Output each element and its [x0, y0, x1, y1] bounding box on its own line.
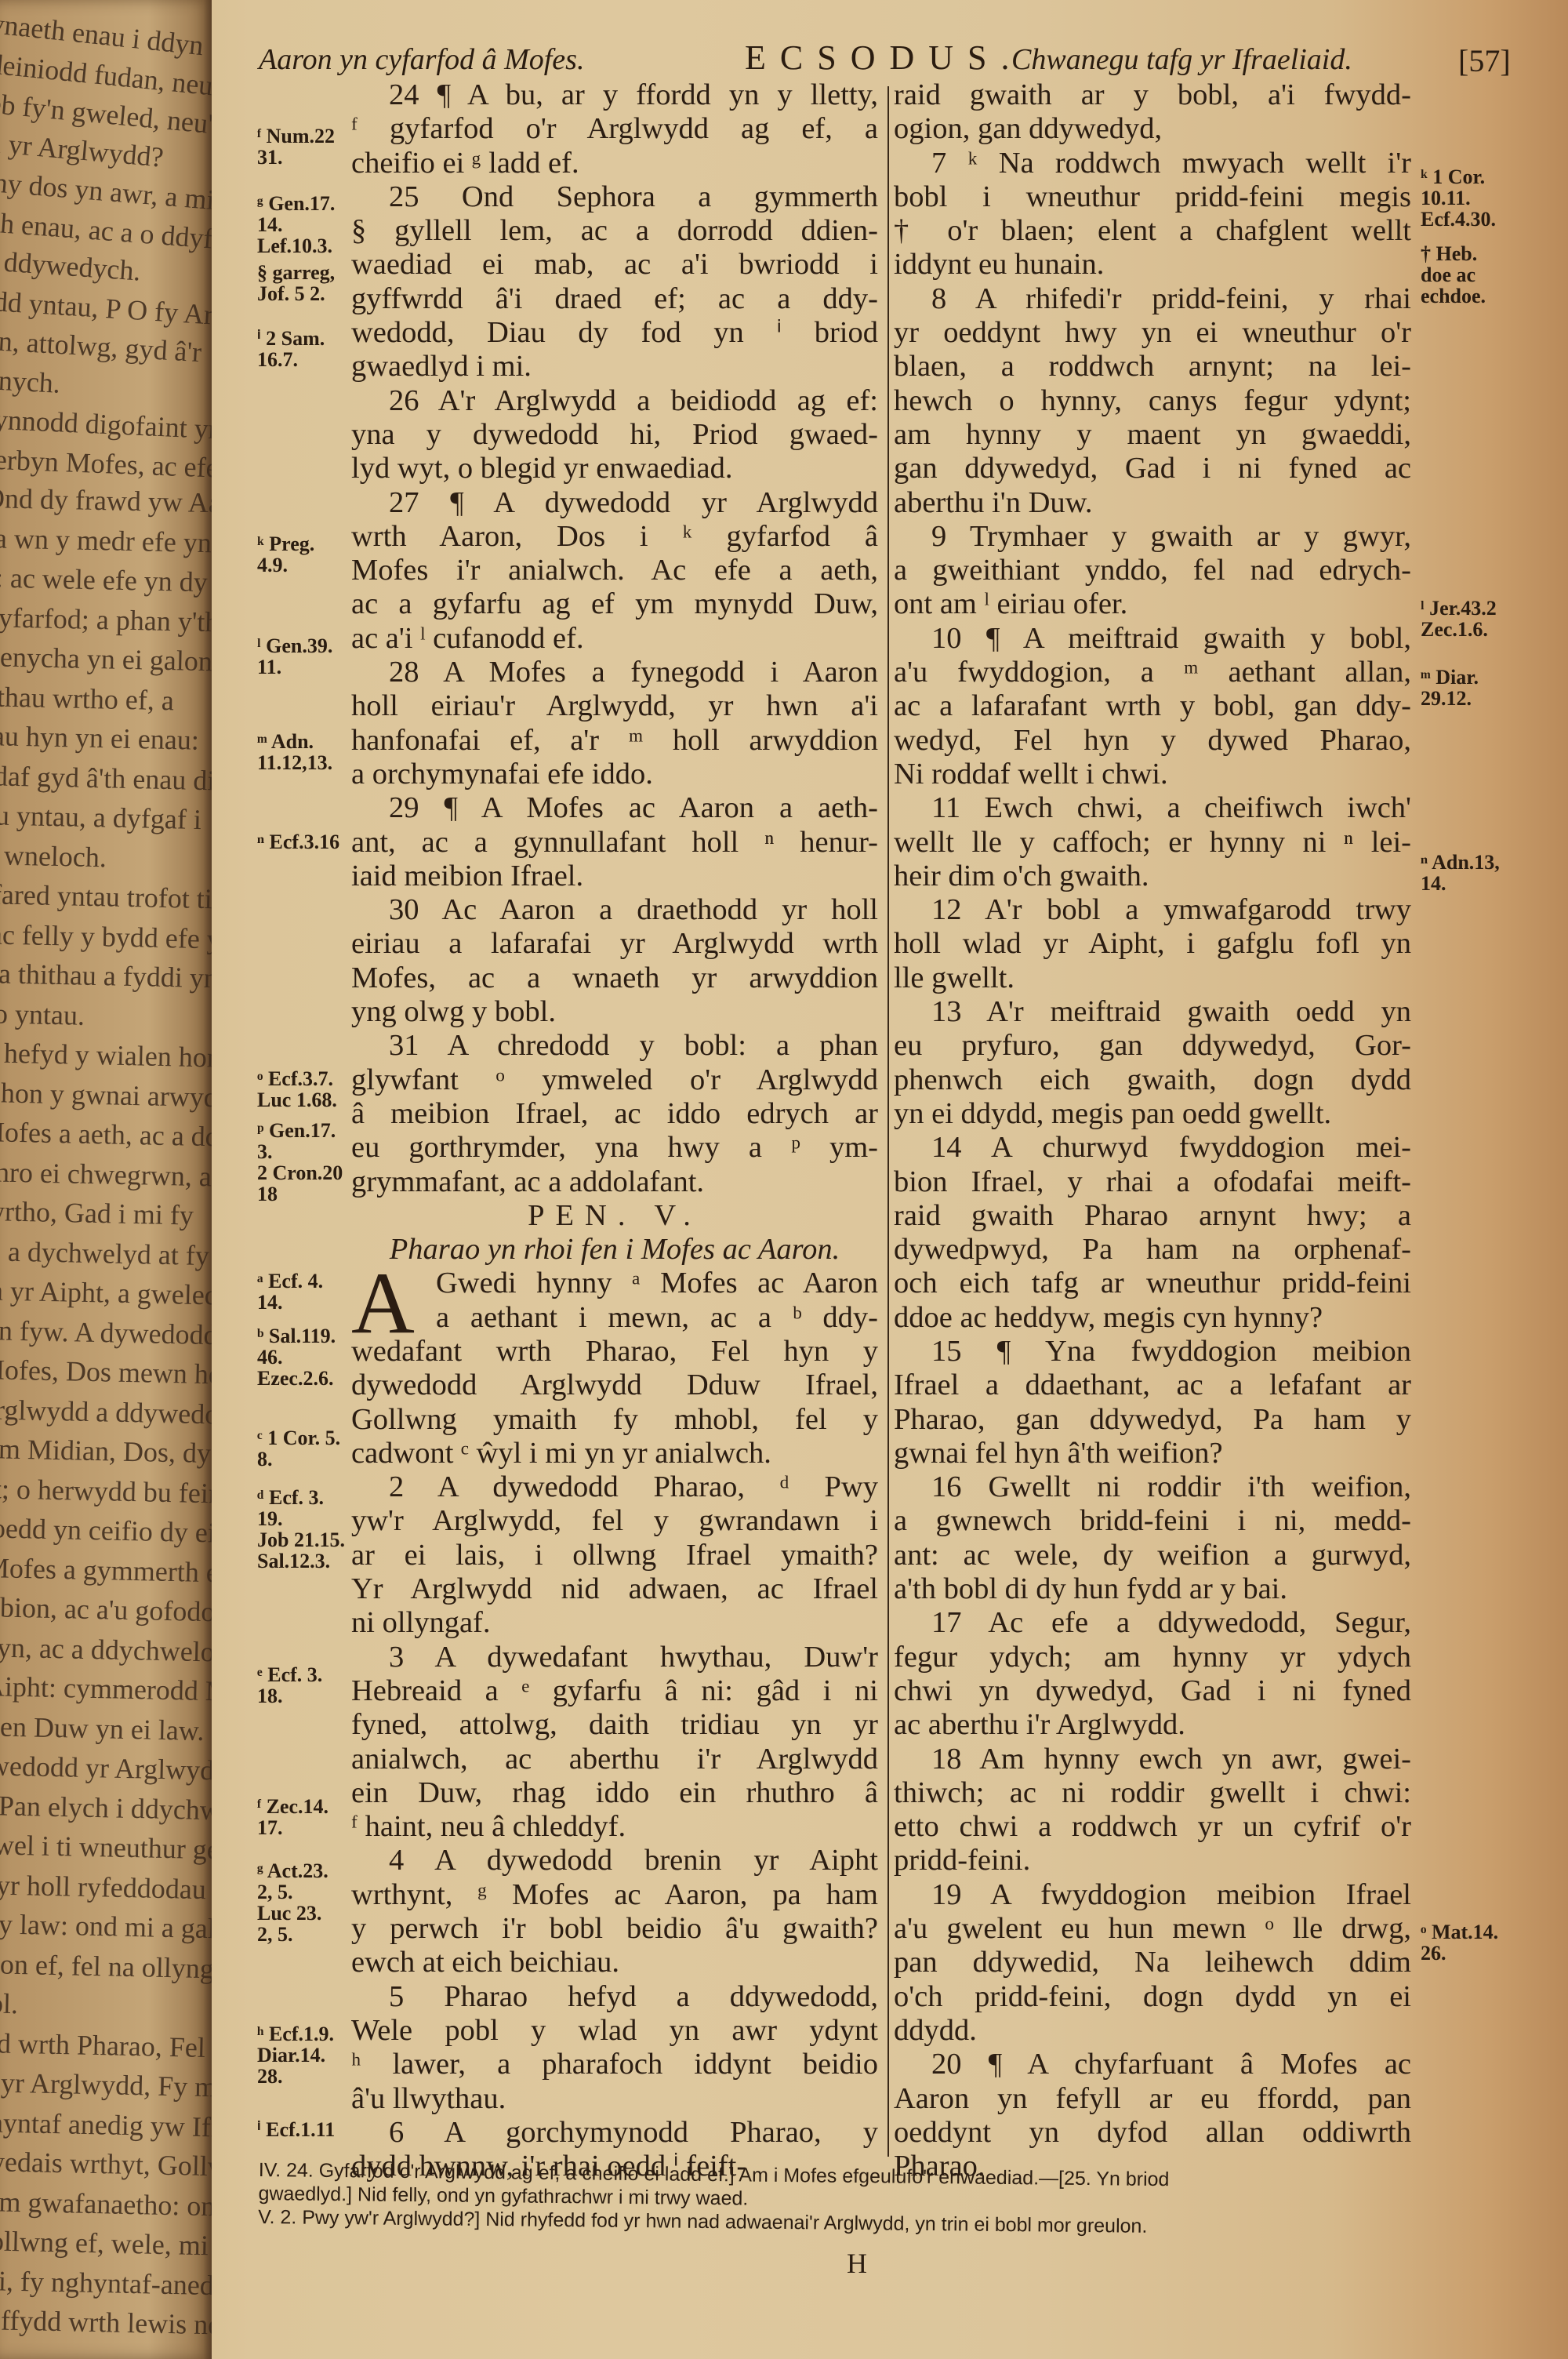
text-line: raid gwaith ar y bobl, a'i fwydd- [894, 78, 1411, 112]
text-line: ac a lafarafant wrth y bobl, gan ddy- [894, 689, 1411, 723]
facing-page-line: a erbyn Mofes, ac efe a [0, 442, 212, 485]
facing-page-line: w: ac wele efe yn dy [0, 561, 208, 598]
cross-reference: ᶠ Num.22 31. [257, 125, 351, 168]
text-line: 15 ¶ Yna fwyddogion meibion [894, 1335, 1411, 1369]
facing-page-line: Arglwydd a ddywedodd [0, 1393, 212, 1431]
facing-page-line: yn yr Aipht, a gweled [0, 1274, 212, 1312]
cross-reference: ʰ Ecf.1.9. Diar.14. 28. [257, 2023, 351, 2087]
cross-reference: ᶜ 1 Cor. 5. 8. [257, 1427, 351, 1470]
facing-page-line: r hon y gwnai arwyddion [0, 1076, 212, 1115]
page-number: [57] [1458, 42, 1511, 79]
facing-page-line: ethro ei chwegrwn, ac [0, 1155, 212, 1194]
text-line: hewch o hynny, canys fegur ydynt; [894, 384, 1411, 418]
text-line: thiwch; ac ni roddir gwellt i chwi: [894, 1776, 1411, 1810]
cross-reference: ᵏ Preg. 4.9. [257, 533, 351, 576]
cross-reference: ⁿ Adn.13, 14. [1421, 852, 1562, 894]
cross-reference: ᵃ Ecf. 4. 14. [257, 1270, 351, 1313]
facing-page-line: ywedodd yr Arglwydd [0, 1749, 212, 1787]
text-line: 3 A dywedafant hwythau, Duw'r [351, 1641, 878, 1674]
facing-page-line: wenycha yn ei galon. [0, 640, 212, 678]
text-line: ar ei lais, i ollwng Ifrael ymaith? [351, 1539, 878, 1572]
text-line: yw'r Arglwydd, fel y gwrandawn i [351, 1504, 878, 1538]
text-line: wrth Aaron, Dos i ᵏ gyfarfod â [351, 520, 878, 554]
text-line: Gollwng ymaith fy mhobl, fel y [351, 1403, 878, 1437]
facing-page-line: do yntau. [0, 997, 85, 1032]
facing-page-line: wedais wrthyt, Gollwng [0, 2145, 212, 2183]
facing-page-line: afared yntau trofot ti [0, 878, 212, 915]
text-line: 26 A'r Arglwydd a beidiodd ag ef: [351, 384, 878, 418]
text-line: blaen, a roddwch arnynt; na lei- [894, 350, 1411, 383]
facing-page-line: , a thithau a fyddi yn [0, 957, 212, 994]
text-line: waediad ei mab, ac a'i bwriodd i [351, 248, 878, 282]
text-line: eu gorthrymder, yna hwy a ᵖ ym- [351, 1131, 878, 1165]
text-line: lyd wyt, o blegid yr enwaediad. [351, 452, 878, 485]
facing-page-line: iau hyn yn ei enau: [0, 719, 199, 757]
facing-page-line: a wneloch. [0, 838, 107, 874]
text-line: ogion, gan ddywedyd, [894, 112, 1411, 146]
facing-page-line: nynnodd digofaint yr [0, 402, 212, 445]
text-line: ᶠ haint, neu â chleddyf. [351, 1810, 878, 1844]
cross-reference: § garreg, Jof. 5 2. [257, 262, 351, 304]
text-line: 16 Gwellt ni roddir i'th weifion, [894, 1470, 1411, 1504]
text-line: Ni roddaf wellt i chwi. [894, 758, 1411, 791]
text-line: ac aberthu i'r Arglwydd. [894, 1708, 1411, 1742]
facing-page-line: odd yntau, P O fy Ar [0, 284, 212, 331]
text-line: Aaron yn fefyll ar eu ffordd, pan [894, 2082, 1411, 2116]
facing-page-line: Aipht: cymmerodd Mofes [0, 1670, 212, 1709]
facing-page-line: di, fy nghyntaf-anedig di [0, 2264, 212, 2303]
drop-cap: A [351, 1264, 415, 1343]
text-line: gwnai fel hyn â'th weifion? [894, 1437, 1411, 1470]
text-line: 2 A dywedodd Pharao, ᵈ Pwy [351, 1470, 878, 1504]
text-line: 19 A fwyddogion meibion Ifrael [894, 1878, 1411, 1912]
text-line: â'u llwythau. [351, 2082, 878, 2116]
facing-page-line: ym Midian, Dos, dych [0, 1432, 212, 1470]
text-line: Ifrael a ddaethant, ac a lefafant ar [894, 1369, 1411, 1402]
text-line: ʰ lawer, a pharafoch iddynt beidio [351, 2048, 878, 2081]
book-title: ECSODUS. [745, 38, 1024, 78]
text-line: wrthynt, ᵍ Mofes ac Aaron, pa ham [351, 1878, 878, 1912]
facing-page-line: i a wn y medr efe yn dy [0, 522, 212, 560]
text-line: Mofes i'r anialwch. Ac efe a aeth, [351, 554, 878, 587]
text-line: ont am ˡ eiriau ofer. [894, 587, 1411, 621]
text-line: fegur ydych; am hynny yr ydych [894, 1641, 1411, 1674]
text-line: holl wlad yr Aipht, i gafglu fofl yn [894, 927, 1411, 961]
text-line: iddynt eu hunain. [894, 248, 1411, 282]
text-line: 14 A churwyd fwyddogion mei- [894, 1131, 1411, 1165]
facing-page-line: Mofes a aeth, ac a ddych [0, 1115, 212, 1154]
facing-page-line: dithau wrtho ef, a [0, 680, 174, 717]
facing-page-line: n ffydd wrth lewis neb, [0, 2303, 212, 2342]
text-line: a orchymynafai efe iddo. [351, 758, 878, 791]
text-line: a'u gwelent eu hun mewn ᵒ lle drwg, [894, 1912, 1411, 1946]
text-line: ein Duw, rhag iddo ein rhuthro â [351, 1776, 878, 1810]
facing-page-line: o yr holl ryfeddodau a [0, 1868, 212, 1906]
text-line: 28 A Mofes a fynegodd i Aaron [351, 656, 878, 689]
text-line: fyned, attolwg, daith tridiau yn yr [351, 1708, 878, 1742]
text-line: chwi yn dywedyd, Gad i ni fyned [894, 1674, 1411, 1708]
text-line: yng olwg y bobl. [351, 995, 878, 1029]
cross-reference: ᵍ Gen.17. 14. Lef.10.3. [257, 193, 351, 256]
facing-page-line: eibion, ac a'u gofododd [0, 1590, 212, 1629]
text-line: dywedodd Arglwydd Dduw Ifrael, [351, 1369, 878, 1402]
text-line: ant, ac a gynnullafant holl ⁿ henur- [351, 826, 878, 860]
text-line: 20 ¶ A chyfarfuant â Mofes ac [894, 2048, 1411, 2081]
text-line: wedafant wrth Pharao, Fel hyn y [351, 1335, 878, 1369]
cross-reference: ᵐ Adn. 11.12,13. [257, 731, 351, 773]
text-line: 7 ᵏ Na roddwch mwyach wellt i'r [894, 147, 1411, 180]
text-line: lle gwellt. [894, 961, 1411, 995]
text-line: 30 Ac Aaron a draethodd yr holl [351, 893, 878, 927]
text-line: wellt lle y caffoch; er hynny ni ⁿ lei- [894, 826, 1411, 860]
text-line: PEN. V. [351, 1199, 878, 1233]
right-column: raid gwaith ar y bobl, a'i fwydd-ogion, … [894, 78, 1411, 2183]
cross-reference: † Heb. doe ac echdoe. [1421, 243, 1562, 307]
text-line: etto chwi a roddwch yr un cyfrif o'r [894, 1810, 1411, 1844]
text-line: Yr Arglwydd nid adwaen, ac Ifrael [351, 1572, 878, 1606]
facing-page-line: a ddywedych. [0, 244, 142, 288]
text-line: Pharao yn rhoi fen i Mofes ac Aaron. [351, 1233, 878, 1267]
cross-reference: ⁱ Ecf.1.11 [257, 2119, 351, 2140]
text-line: holl eiriau'r Arglwydd, yr hwn a'i [351, 689, 878, 723]
running-head-left: Aaron yn cyfarfod â Mofes. [259, 42, 584, 77]
text-line: 27 ¶ A dywedodd yr Arglwydd [351, 486, 878, 520]
text-line: 17 Ac efe a ddywedodd, Segur, [894, 1606, 1411, 1640]
left-column: 24 ¶ A bu, ar y ffordd yn y lletty,ᶠ gyf… [351, 78, 878, 2183]
cross-reference: ᵒ Mat.14. 26. [1421, 1921, 1562, 1964]
text-line: wedyd, Fel hyn y dywed Pharao, [894, 724, 1411, 758]
text-line: 31 A chredodd y bobl: a phan [351, 1029, 878, 1063]
text-line: Pharao, gan ddywedyd, Pa ham y [894, 1403, 1411, 1437]
cross-reference: ᵇ Sal.119. 46. Ezec.2.6. [257, 1325, 351, 1389]
text-line: hanfonafai ef, a'r ᵐ holl arwyddion [351, 724, 878, 758]
text-line: ac a gyfarfu ag ef ym mynydd Duw, [351, 587, 878, 621]
facing-page-line: ghyntaf anedig yw Ifrael. [0, 2106, 212, 2145]
facing-page-line: Ond dy frawd yw Aaron [0, 482, 212, 520]
text-line: gwaedlyd i mi. [351, 350, 878, 383]
facing-page-line: alen Duw yn ei law. [0, 1710, 205, 1747]
cross-reference: ᶠ Zec.14. 17. [257, 1796, 351, 1838]
facing-page-line: yn fyw. A dywedodd [0, 1314, 212, 1351]
text-line: 29 ¶ A Mofes ac Aaron a aeth- [351, 791, 878, 825]
text-line: a'th bobl di dy hun fydd ar y bai. [894, 1572, 1411, 1606]
text-line: a aethant i mewn, ac a ᵇ ddy- [351, 1301, 878, 1335]
running-head-right: Chwanegu tafg yr Ifraeliaid. [1011, 42, 1352, 77]
text-line: gyffwrdd â'i draed ef; ac a ddy- [351, 282, 878, 316]
text-line: ewch at eich beichiau. [351, 1946, 878, 1979]
text-line: 10 ¶ A meiftraid gwaith y bobl, [894, 622, 1411, 656]
facing-page-line: gwel i ti wneuthur ger [0, 1828, 212, 1866]
facing-page-line: dy law: ond mi a galedaf [0, 1907, 212, 1946]
cross-reference: ˡ Jer.43.2 Zec.1.6. [1421, 598, 1562, 640]
text-line: grymmafant, ac a addolafant. [351, 1165, 878, 1199]
text-line: iaid meibion Ifrael. [351, 860, 878, 893]
text-line: raid gwaith Pharao arnynt hwy; a [894, 1199, 1411, 1233]
facing-page-line: , Pan elych i ddychwelyd [0, 1789, 212, 1828]
text-line: gan ddywedyd, Gad i ni fyned ac [894, 452, 1411, 485]
text-line: 8 A rhifedi'r pridd-feini, y rhai [894, 282, 1411, 316]
text-line: aberthu i'n Duw. [894, 486, 1411, 520]
facing-page-line: iau yntau, a dyfgaf i [0, 798, 201, 836]
text-line: phenwch eich gwaith, dogn dydd [894, 1063, 1411, 1097]
text-line: a gweithiant ynddo, fel nad edrych- [894, 554, 1411, 587]
text-line: och eich tafg ar wneuthur pridd-feini [894, 1267, 1411, 1300]
text-line: ᶠ gyfarfod o'r Arglwydd ag ef, a [351, 112, 878, 146]
text-line: anialwch, ac aberthu i'r Arglwydd [351, 1743, 878, 1776]
facing-page-line: i ollwng ef, wele, mi a [0, 2224, 212, 2263]
facing-page-line: ht; o herwydd bu feirw [0, 1472, 212, 1510]
text-line: ddydd. [894, 2014, 1411, 2048]
text-line: â meibion Ifrael, ac iddo edrych ar [351, 1097, 878, 1131]
text-line: 13 A'r meiftraid gwaith oedd yn [894, 995, 1411, 1029]
text-line: 18 Am hynny ewch yn awr, gwei- [894, 1743, 1411, 1776]
text-line: oeddynt yn dyfod allan oddiwrth [894, 2116, 1411, 2150]
text-line: bobl i wneuthur pridd-feini megis [894, 180, 1411, 214]
cross-reference: ˡ Gen.39. 11. [257, 635, 351, 678]
text-line: 24 ¶ A bu, ar y ffordd yn y lletty, [351, 78, 878, 112]
text-line: heir dim o'ch gwaith. [894, 860, 1411, 893]
facing-page-line: onych. [0, 363, 61, 400]
column-divider [887, 86, 889, 2157]
text-line: a'u fwyddogion, a ᵐ aethant allan, [894, 656, 1411, 689]
text-line: ni ollyngaf. [351, 1606, 878, 1640]
cross-reference: ᵖ Gen.17. 3. 2 Cron.20 18 [257, 1120, 351, 1205]
text-line: glywfant ᵒ ymweled o'r Arglwydd [351, 1063, 878, 1097]
cross-reference: ᵍ Act.23. 2, 5. Luc 23. 2, 5. [257, 1860, 351, 1945]
cross-reference: ᵒ Ecf.3.7. Luc 1.68. [257, 1068, 351, 1110]
page-header: Aaron yn cyfarfod â Mofes. ECSODUS. Chwa… [259, 38, 1529, 85]
text-line: 25 Ond Sephora a gymmerth [351, 180, 878, 214]
facing-page-line: d yr Arglwydd, Fy mab [0, 2066, 212, 2104]
facing-page: wnaeth enau i ddynrdeiniodd fudan, neune… [0, 0, 212, 2359]
facing-page-line: afyn, ac a ddychwelodd [0, 1630, 212, 1669]
text-line: 12 A'r bobl a ymwafgarodd trwy [894, 893, 1411, 927]
facing-page-line: wrtho, Gad i mi fy [0, 1194, 194, 1232]
text-line: bion Ifrael, y rhai a ofodafai meift- [894, 1165, 1411, 1199]
facing-page-line: ddaf gyd â'th enau di [0, 759, 212, 797]
footnotes: IV. 24. Gyfarfod o'r Arglwydd ag ef, a c… [258, 2158, 1513, 2242]
text-line: eiriau a lafarafai yr Arglwydd wrth [351, 927, 878, 961]
facing-page-line: Mofes a gymmerth ei [0, 1551, 212, 1589]
text-line: ant: ac wele, dy weifion a gurwyd, [894, 1539, 1411, 1572]
facing-page-line: Mofes, Dos mewn hedd. [0, 1353, 212, 1391]
facing-page-line: : ac felly y bydd efe yn [0, 918, 212, 956]
text-line: yr oeddynt hwy yn ei wneuthur o'r [894, 316, 1411, 350]
text-line: ac a'i ˡ cufanodd ef. [351, 622, 878, 656]
facing-page-line: er hefyd y wialen hon [0, 1036, 212, 1074]
text-line: am hynny y maent yn gwaeddi, [894, 418, 1411, 452]
cross-reference: ᵈ Ecf. 3. 19. Job 21.15. Sal.12.3. [257, 1487, 351, 1572]
text-line: pridd-feini. [894, 1844, 1411, 1877]
text-line: wedodd, Diau dy fod yn ⁱ briod [351, 316, 878, 350]
cross-reference: ᵏ 1 Cor. 10.11. Ecf.4.30. [1421, 166, 1562, 230]
cross-reference: ᵉ Ecf. 3. 18. [257, 1664, 351, 1707]
facing-page-line: alon ef, fel na ollyngo [0, 1947, 212, 1986]
text-line: 4 A dywedodd brenin yr Aipht [351, 1844, 878, 1877]
text-line: o'ch pridd-feini, dogn dydd yn ei [894, 1980, 1411, 2014]
cross-reference: ᵐ Diar. 29.12. [1421, 667, 1562, 709]
text-line: y perwch i'r bobl beidio â'u gwaith? [351, 1912, 878, 1946]
text-line: eu pryfuro, gan ddywedyd, Gor- [894, 1029, 1411, 1063]
signature-mark: H [847, 2247, 867, 2280]
cross-reference: ⁱ 2 Sam. 16.7. [257, 328, 351, 370]
text-line: 6 A gorchymynodd Pharao, y [351, 2116, 878, 2150]
text-line: a gwnewch bridd-feini i ni, medd- [894, 1504, 1411, 1538]
text-line: yna y dywedodd hi, Priod gwaed- [351, 418, 878, 452]
text-line: yn ei ddydd, megis pan oedd gwellt. [894, 1097, 1411, 1131]
text-line: 11 Ewch chwi, a cheifiwch iwch' [894, 791, 1411, 825]
text-line: † o'r blaen; elent a chafglent wellt [894, 214, 1411, 248]
text-line: cadwont ᶜ ŵyl i mi yn yr anialwch. [351, 1437, 878, 1470]
facing-page-line: ed wrth Pharao, Fel hyn [0, 2026, 212, 2065]
text-line: 9 Trymhaer y gwaith ar y gwyr, [894, 520, 1411, 554]
text-line: Gwedi hynny ᵃ Mofes ac Aaron [351, 1267, 878, 1300]
text-line: Hebreaid a ᵉ gyfarfu â ni: gâd i ni [351, 1674, 878, 1708]
facing-page-line: y'm gwafanaetho: ond [0, 2185, 212, 2223]
text-line: dywedpwyd, Pa ham na orphenaf- [894, 1233, 1411, 1267]
text-line: Wele pobl y wlad yn awr ydynt [351, 2014, 878, 2048]
text-line: 5 Pharao hefyd a ddywedodd, [351, 1980, 878, 2014]
text-line: pan ddywedid, Na leihewch ddim [894, 1946, 1411, 1979]
facing-page-line: r oedd yn ceifio dy ei [0, 1511, 212, 1549]
facing-page-line: gyfarfod; a phan y'th [0, 601, 212, 638]
text-line: cheifio ei ᵍ ladd ef. [351, 147, 878, 180]
text-line: § gyllell lem, ac a dorrodd ddien- [351, 214, 878, 248]
text-line: Mofes, ac a wnaeth yr arwyddion [351, 961, 878, 995]
text-line: ddoe ac heddyw, megis cyn hynny? [894, 1301, 1411, 1335]
facing-page-line: fon, attolwg, gyd â'r [0, 323, 202, 369]
facing-page-line: g, a dychwelyd at fy [0, 1234, 209, 1272]
facing-page-line: obl. [0, 1986, 18, 2020]
cross-reference: ⁿ Ecf.3.16 [257, 831, 351, 852]
